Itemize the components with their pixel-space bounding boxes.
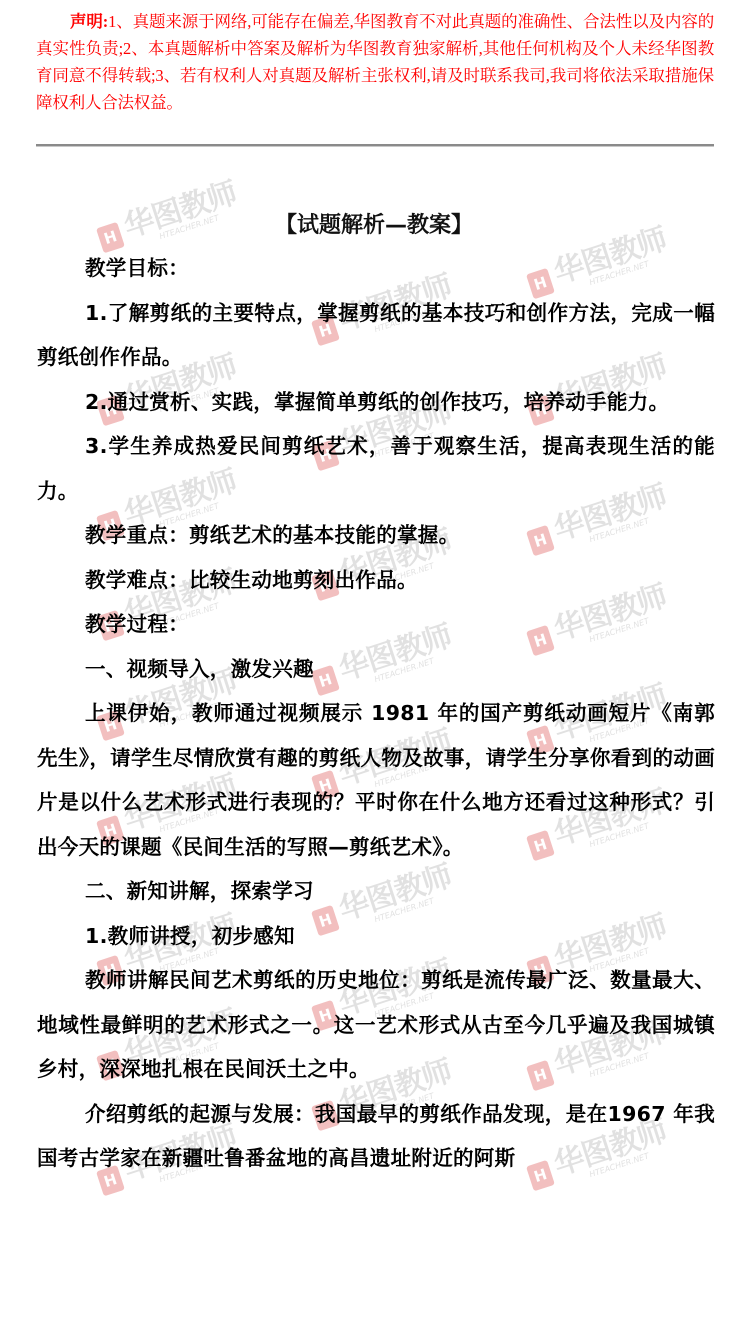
teaching-difficulty: 教学难点：比较生动地剪刻出作品。 (37, 558, 715, 603)
goal-item-2: 2.通过赏析、实践，掌握简单剪纸的创作技巧，培养动手能力。 (37, 380, 715, 425)
subsection-2-1-heading: 1.教师讲授，初步感知 (37, 914, 715, 959)
goal-item-1: 1.了解剪纸的主要特点，掌握剪纸的基本技巧和创作方法，完成一幅剪纸创作作品。 (37, 291, 715, 380)
disclaimer-label: 声明: (70, 12, 108, 31)
goal-item-3: 3.学生养成热爱民间剪纸艺术，善于观察生活，提高表现生活的能力。 (37, 424, 715, 513)
section-1-heading: 一、视频导入，激发兴趣 (37, 647, 715, 692)
subsection-2-1-paragraph-origin: 介绍剪纸的起源与发展：我国最早的剪纸作品发现，是在1967 年我国考古学家在新疆… (37, 1092, 715, 1181)
section-1-paragraph: 上课伊始，教师通过视频展示 1981 年的国产剪纸动画短片《南郭先生》，请学生尽… (37, 691, 715, 869)
heading-teaching-goals: 教学目标： (37, 246, 715, 291)
subsection-2-1-paragraph-history: 教师讲解民间艺术剪纸的历史地位：剪纸是流传最广泛、数量最大、地域性最鲜明的艺术形… (37, 958, 715, 1092)
document-title: 【试题解析—教案】 (0, 208, 748, 239)
header-divider (36, 144, 714, 147)
disclaimer-notice: 声明:1、真题来源于网络,可能存在偏差,华图教育不对此真题的准确性、合法性以及内… (36, 8, 714, 116)
disclaimer-text: 1、真题来源于网络,可能存在偏差,华图教育不对此真题的准确性、合法性以及内容的真… (36, 12, 714, 112)
teaching-key-point: 教学重点：剪纸艺术的基本技能的掌握。 (37, 513, 715, 558)
heading-teaching-process: 教学过程： (37, 602, 715, 647)
document-body: 教学目标： 1.了解剪纸的主要特点，掌握剪纸的基本技巧和创作方法，完成一幅剪纸创… (37, 246, 715, 1181)
section-2-heading: 二、新知讲解，探索学习 (37, 869, 715, 914)
